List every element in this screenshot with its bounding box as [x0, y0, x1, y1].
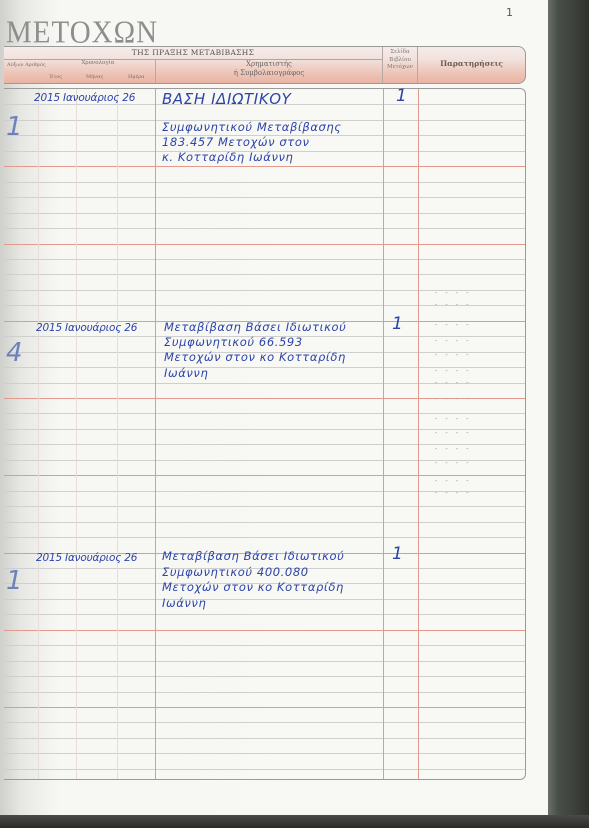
- header-subtitle: ΤΗΣ ΠΡΑΞΗΣ ΜΕΤΑΒΙΒΑΣΗΣ: [4, 47, 383, 60]
- header-serial-label: Αύξων Αριθμός: [7, 62, 46, 68]
- bleed-through-marks: - - - -: [434, 395, 471, 403]
- bleed-through-marks: - - - -: [434, 321, 471, 329]
- ruled-line: [4, 413, 525, 414]
- entry-1-share-book-page: 1: [396, 86, 407, 106]
- section-rule: [4, 630, 525, 631]
- bleed-through-marks: - - - -: [434, 459, 471, 467]
- entry-3-description-line3: Μετοχών στον κο Κοτταρίδη: [162, 580, 344, 596]
- entry-3-description-line4: Ιωάννη: [162, 596, 206, 612]
- bleed-through-marks: - - - -: [434, 429, 471, 437]
- column-rule: [38, 89, 39, 779]
- book-spine-shadow: [548, 0, 589, 828]
- column-rule: [117, 89, 118, 779]
- header-chronology-label: Χρονολογία: [42, 60, 154, 66]
- section-rule: [4, 166, 525, 167]
- header-notes-label: Παρατηρήσεις: [418, 59, 525, 68]
- table-header: ΤΗΣ ΠΡΑΞΗΣ ΜΕΤΑΒΙΒΑΣΗΣ Αύξων Αριθμός Χρο…: [4, 46, 526, 84]
- section-rule: [4, 707, 525, 708]
- bleed-through-marks: - - - -: [434, 477, 471, 485]
- ruled-line: [4, 661, 525, 662]
- bleed-through-marks: - - - -: [434, 289, 471, 297]
- entry-1-row-number: 1: [6, 112, 23, 142]
- ruled-line: [4, 676, 525, 677]
- entry-1-description-line3: 183.457 Μετοχών στον: [162, 135, 310, 151]
- column-rule: [418, 89, 419, 779]
- column-rule: [76, 89, 77, 779]
- bleed-through-marks: - - - -: [434, 415, 471, 423]
- entry-1-description-line1: ΒΑΣΗ ΙΔΙΩΤΙΚΟΥ: [162, 92, 291, 108]
- ruled-line: [4, 599, 525, 600]
- page-number: 1: [506, 6, 513, 19]
- ruled-line: [4, 738, 525, 739]
- bleed-through-marks: - - - -: [434, 367, 471, 375]
- section-rule: [4, 244, 525, 245]
- ruled-line: [4, 753, 525, 754]
- entry-2-row-number: 4: [6, 338, 23, 368]
- ruled-line: [4, 614, 525, 615]
- share-book-page-line1: Σελίδα: [383, 49, 417, 57]
- ruled-line: [4, 722, 525, 723]
- share-book-page-line3: Μετόχων: [383, 64, 417, 72]
- entry-1-description-line4: κ. Κοτταρίδη Ιωάννη: [162, 150, 293, 166]
- entry-3-description-line1: Μεταβίβαση Βάσει Ιδιωτικού: [162, 549, 344, 565]
- ruled-line: [4, 522, 525, 523]
- section-rule: [4, 475, 525, 476]
- entry-2-description-line2: Συμφωνητικού 66.593: [164, 335, 303, 351]
- entry-2-date: 2015 Ιανουάριος 26: [36, 322, 137, 334]
- entry-2-description-line1: Μεταβίβαση Βάσει Ιδιωτικού: [164, 320, 346, 336]
- entry-3-description-line2: Συμφωνητικού 400.080: [162, 565, 309, 581]
- header-month-label: Μήνας: [86, 74, 103, 80]
- column-rule: [383, 89, 384, 779]
- ruled-line: [4, 506, 525, 507]
- ruled-line: [4, 274, 525, 275]
- header-broker-label: Χρηματιστής ή Συμβολαιογράφος: [156, 60, 382, 78]
- entry-1-date: 2015 Ιανουάριος 26: [34, 92, 135, 104]
- ruled-line: [4, 182, 525, 183]
- entry-3-share-book-page: 1: [392, 544, 403, 564]
- bleed-through-marks: - - - -: [434, 337, 471, 345]
- entry-3-row-number: 1: [6, 566, 23, 596]
- ledger-page: 1 ΜΕΤΟΧΩΝ ΤΗΣ ΠΡΑΞΗΣ ΜΕΤΑΒΙΒΑΣΗΣ Αύξων Α…: [0, 0, 548, 815]
- entry-2-description-line4: Ιωάννη: [164, 366, 208, 382]
- bleed-through-marks: - - - -: [434, 379, 471, 387]
- ruled-line: [4, 197, 525, 198]
- ruled-line: [4, 537, 525, 538]
- ledger-table-body: - - - -- - - -- - - -- - - -- - - -- - -…: [4, 88, 526, 780]
- bleed-through-marks: - - - -: [434, 301, 471, 309]
- ruled-line: [4, 769, 525, 770]
- broker-label-line1: Χρηματιστής: [156, 60, 382, 69]
- ruled-line: [4, 213, 525, 214]
- bottom-edge-shadow: [0, 815, 589, 828]
- ruled-line: [4, 259, 525, 260]
- entry-2-description-line3: Μετοχών στον κο Κοτταρίδη: [164, 350, 346, 366]
- entry-2-share-book-page: 1: [392, 314, 403, 334]
- share-book-page-line2: Βιβλίου: [383, 57, 417, 65]
- entry-3-date: 2015 Ιανουάριος 26: [36, 552, 137, 564]
- column-rule: [155, 89, 156, 779]
- header-share-book-page-label: Σελίδα Βιβλίου Μετόχων: [383, 49, 417, 72]
- bleed-through-marks: - - - -: [434, 351, 471, 359]
- header-day-label: Ημέρα: [128, 74, 145, 80]
- bleed-through-marks: - - - -: [434, 489, 471, 497]
- entry-1-description-line2: Συμφωνητικού Μεταβίβασης: [162, 120, 342, 136]
- broker-label-line2: ή Συμβολαιογράφος: [156, 69, 382, 78]
- header-year-label: Έτος: [49, 74, 62, 80]
- ruled-line: [4, 692, 525, 693]
- bleed-through-marks: - - - -: [434, 445, 471, 453]
- ruled-line: [4, 228, 525, 229]
- ruled-line: [4, 645, 525, 646]
